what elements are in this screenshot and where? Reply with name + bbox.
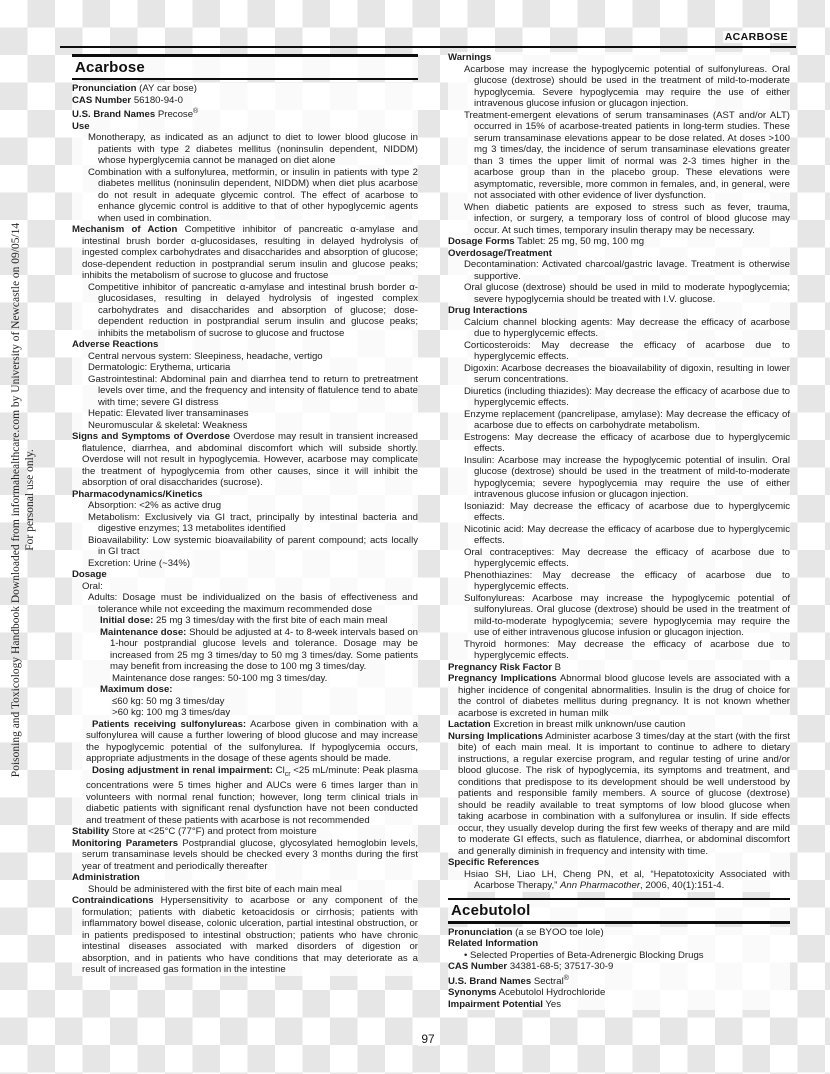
text-run: Acarbose may increase the hypoglycemic p… — [464, 64, 790, 110]
paragraph: U.S. Brand Names Precose® — [72, 106, 418, 121]
paragraph: Stability Store at <25°C (77°F) and prot… — [72, 826, 418, 838]
section-heading: Use — [72, 121, 418, 133]
bold-lead: Nursing Implications — [448, 731, 543, 742]
italic-run: Ann Pharmacother — [560, 880, 640, 891]
left-column: Acarbose Pronunciation (AY car bose)CAS … — [72, 52, 418, 1010]
bold-lead: Pregnancy Risk Factor — [448, 662, 552, 673]
text-run: Overdosage/Treatment — [448, 248, 552, 259]
paragraph: Synonyms Acebutolol Hydrochloride — [448, 987, 790, 999]
right-column: WarningsAcarbose may increase the hypogl… — [448, 52, 790, 1010]
paragraph: CAS Number 56180-94-0 — [72, 95, 418, 107]
paragraph: Maintenance dose: Should be adjusted at … — [72, 627, 418, 673]
text-run: Store at <25°C (77°F) and protect from m… — [109, 826, 316, 837]
bold-lead: Maintenance dose: — [100, 627, 186, 638]
bold-lead: Patients receiving sulfonylureas: — [92, 719, 246, 730]
paragraph: Treatment-emergent elevations of serum t… — [448, 110, 790, 202]
two-column-layout: Acarbose Pronunciation (AY car bose)CAS … — [60, 48, 796, 1010]
text-run: Use — [72, 121, 90, 132]
text-run: Tablet: 25 mg, 50 mg, 100 mg — [515, 236, 644, 247]
text-run: Decontamination: Activated charcoal/gast… — [464, 259, 790, 282]
running-header-title: ACARBOSE — [723, 31, 790, 43]
text-run: Related Information — [448, 938, 538, 949]
text-run: Nicotinic acid: May decrease the efficac… — [464, 524, 790, 547]
text-run: Competitive inhibitor of pancreatic α-am… — [88, 282, 418, 339]
paragraph: Monotherapy, as indicated as an adjunct … — [72, 132, 418, 167]
text-run: Adults: Dosage must be individualized on… — [88, 592, 418, 615]
text-run: Adverse Reactions — [72, 339, 158, 350]
paragraph: U.S. Brand Names Sectral® — [448, 973, 790, 988]
text-run: Pharmacodynamics/Kinetics — [72, 489, 203, 500]
paragraph: Signs and Symptoms of Overdose Overdose … — [72, 431, 418, 489]
text-run: Yes — [543, 999, 561, 1010]
paragraph: Neuromuscular & skeletal: Weakness — [72, 420, 418, 432]
bold-lead: Lactation — [448, 719, 491, 730]
text-run: ≤60 kg: 50 mg 3 times/day — [112, 696, 224, 707]
paragraph: Dosing adjustment in renal impairment: C… — [72, 765, 418, 826]
bold-lead: Synonyms — [448, 987, 497, 998]
section-heading: Specific References — [448, 857, 790, 869]
text-run: Cl — [273, 765, 285, 776]
bold-lead: Impairment Potential — [448, 999, 543, 1010]
paragraph: >60 kg: 100 mg 3 times/day — [72, 707, 418, 719]
text-run: Dosage — [72, 569, 107, 580]
text-run: Phenothiazines: May decrease the efficac… — [464, 570, 790, 593]
drug-title-block-acarbose: Acarbose — [72, 54, 418, 80]
paragraph: Metabolism: Exclusively via GI tract, pr… — [72, 512, 418, 535]
text-run: >60 kg: 100 mg 3 times/day — [112, 707, 230, 718]
bold-lead: Initial dose: — [100, 615, 153, 626]
paragraph: Initial dose: 25 mg 3 times/day with the… — [72, 615, 418, 627]
text-run: Dermatologic: Erythema, urticaria — [88, 362, 230, 373]
paragraph: Hsiao SH, Liao LH, Cheng PN, et al, “Hep… — [448, 869, 790, 892]
section-heading: Related Information — [448, 938, 790, 950]
text-run: (a se BYOO toe lole) — [513, 927, 604, 938]
superscript: ® — [193, 108, 198, 115]
bold-lead: Pregnancy Implications — [448, 673, 557, 684]
paragraph: Decontamination: Activated charcoal/gast… — [448, 259, 790, 282]
paragraph: Oral glucose (dextrose) should be used i… — [448, 282, 790, 305]
paragraph: Excretion: Urine (~34%) — [72, 558, 418, 570]
text-run: Sulfonylureas: Acarbose may increase the… — [464, 593, 790, 639]
paragraph: Diuretics (including thiazides): May dec… — [448, 386, 790, 409]
text-run: Warnings — [448, 52, 491, 63]
bold-lead: CAS Number — [72, 95, 131, 106]
bold-lead: Dosing adjustment in renal impairment: — [92, 765, 273, 776]
paragraph: Pregnancy Implications Abnormal blood gl… — [448, 673, 790, 719]
text-run: Precose — [158, 109, 193, 120]
text-run: Combination with a sulfonylurea, metform… — [88, 167, 418, 224]
text-run: Oral contraceptives: May decrease the ef… — [464, 547, 790, 570]
text-run: Acebutolol Hydrochloride — [497, 987, 606, 998]
text-run: 34381-68-5; 37517-30-9 — [507, 961, 613, 972]
paragraph: Competitive inhibitor of pancreatic α-am… — [72, 282, 418, 340]
title-rule-top — [72, 54, 418, 57]
bold-lead: Contraindications — [72, 895, 154, 906]
paragraph: Monitoring Parameters Postprandial gluco… — [72, 838, 418, 873]
paragraph: Calcium channel blocking agents: May dec… — [448, 317, 790, 340]
text-run: B — [552, 662, 561, 673]
text-run: Monotherapy, as indicated as an adjunct … — [88, 132, 418, 166]
watermark-line1: Poisoning and Toxicology Handbook Downlo… — [9, 223, 23, 777]
title-rule-bottom — [448, 921, 790, 924]
section-heading: Drug Interactions — [448, 305, 790, 317]
text-run: Neuromuscular & skeletal: Weakness — [88, 420, 247, 431]
title-rule-bottom — [72, 78, 418, 81]
text-run: Calcium channel blocking agents: May dec… — [464, 317, 790, 340]
sidebar-watermark: Poisoning and Toxicology Handbook Downlo… — [9, 223, 37, 777]
bold-lead: U.S. Brand Names — [72, 109, 158, 120]
text-run: , 2006, 40(1):151-4. — [640, 880, 724, 891]
paragraph: When diabetic patients are exposed to st… — [448, 202, 790, 237]
section-heading: Administration — [72, 872, 418, 884]
text-run: Absorption: <2% as active drug — [88, 500, 221, 511]
paragraph: Combination with a sulfonylurea, metform… — [72, 167, 418, 225]
paragraph: Should be administered with the first bi… — [72, 884, 418, 896]
paragraph: Nicotinic acid: May decrease the efficac… — [448, 524, 790, 547]
bold-lead: CAS Number — [448, 961, 507, 972]
bold-lead: Mechanism of Action — [72, 224, 177, 235]
paragraph: Mechanism of Action Competitive inhibito… — [72, 224, 418, 282]
section-heading: Overdosage/Treatment — [448, 248, 790, 260]
paragraph: Insulin: Acarbose may increase the hypog… — [448, 455, 790, 501]
text-run: Hypersensitivity to acarbose or any comp… — [82, 895, 418, 975]
running-header: ACARBOSE — [60, 0, 796, 46]
bold-lead: Dosage Forms — [448, 236, 515, 247]
bold-lead: Monitoring Parameters — [72, 838, 178, 849]
watermark-line2: For personal use only. — [23, 223, 37, 777]
text-run: Insulin: Acarbose may increase the hypog… — [464, 455, 790, 501]
text-run: Should be administered with the first bi… — [88, 884, 342, 895]
text-run: Excretion in breast milk unknown/use cau… — [491, 719, 686, 730]
text-run: 25 mg 3 times/day with the first bite of… — [153, 615, 387, 626]
paragraph: Oral contraceptives: May decrease the ef… — [448, 547, 790, 570]
paragraph: Acarbose may increase the hypoglycemic p… — [448, 64, 790, 110]
document-page: ACARBOSE Acarbose Pronunciation (AY car … — [60, 0, 796, 1074]
text-run: Drug Interactions — [448, 305, 527, 316]
paragraph: Dermatologic: Erythema, urticaria — [72, 362, 418, 374]
text-run: • Selected Properties of Beta-Adrenergic… — [464, 950, 704, 961]
bold-lead: Stability — [72, 826, 109, 837]
text-run: Maintenance dose ranges: 50-100 mg 3 tim… — [112, 673, 327, 684]
text-run: Isoniazid: May decrease the efficacy of … — [464, 501, 790, 524]
superscript: ® — [564, 975, 569, 982]
bold-lead: Pronunciation — [448, 927, 513, 938]
paragraph: Patients receiving sulfonylureas: Acarbo… — [72, 719, 418, 765]
text-run: Metabolism: Exclusively via GI tract, pr… — [88, 512, 418, 535]
text-run: Corticosteroids: May decrease the effica… — [464, 340, 790, 363]
paragraph: Estrogens: May decrease the efficacy of … — [448, 432, 790, 455]
paragraph: Central nervous system: Sleepiness, head… — [72, 351, 418, 363]
paragraph: Enzyme replacement (pancrelipase, amylas… — [448, 409, 790, 432]
text-run: Gastrointestinal: Abdominal pain and dia… — [88, 374, 418, 408]
text-run: Enzyme replacement (pancrelipase, amylas… — [464, 409, 790, 432]
paragraph: Corticosteroids: May decrease the effica… — [448, 340, 790, 363]
paragraph: Dosage Forms Tablet: 25 mg, 50 mg, 100 m… — [448, 236, 790, 248]
drug-title-acarbose: Acarbose — [72, 59, 418, 76]
paragraph: Digoxin: Acarbose decreases the bioavail… — [448, 363, 790, 386]
bold-lead: Signs and Symptoms of Overdose — [72, 431, 230, 442]
paragraph: • Selected Properties of Beta-Adrenergic… — [448, 950, 790, 962]
paragraph: Nursing Implications Administer acarbose… — [448, 731, 790, 858]
text-run: Digoxin: Acarbose decreases the bioavail… — [464, 363, 790, 386]
section-heading: Maximum dose: — [72, 684, 418, 696]
paragraph: Sulfonylureas: Acarbose may increase the… — [448, 593, 790, 639]
paragraph: Absorption: <2% as active drug — [72, 500, 418, 512]
paragraph: Lactation Excretion in breast milk unkno… — [448, 719, 790, 731]
paragraph: Pronunciation (a se BYOO toe lole) — [448, 927, 790, 939]
paragraph: Maintenance dose ranges: 50-100 mg 3 tim… — [72, 673, 418, 685]
text-run: 56180-94-0 — [131, 95, 183, 106]
text-run: (AY car bose) — [137, 83, 197, 94]
acebutolol-monograph: Pronunciation (a se BYOO toe lole)Relate… — [448, 927, 790, 1011]
paragraph: Gastrointestinal: Abdominal pain and dia… — [72, 374, 418, 409]
bold-lead: Pronunciation — [72, 83, 137, 94]
title-rule-top — [448, 898, 790, 901]
paragraph: Phenothiazines: May decrease the efficac… — [448, 570, 790, 593]
paragraph: CAS Number 34381-68-5; 37517-30-9 — [448, 961, 790, 973]
acarbose-monograph-right: WarningsAcarbose may increase the hypogl… — [448, 52, 790, 892]
text-run: Hepatic: Elevated liver transaminases — [88, 408, 249, 419]
drug-title-acebutolol: Acebutolol — [448, 902, 790, 919]
bold-lead: U.S. Brand Names — [448, 976, 534, 987]
paragraph: Bioavailability: Low systemic bioavailab… — [72, 535, 418, 558]
drug-title-block-acebutolol: Acebutolol — [448, 898, 790, 924]
paragraph: ≤60 kg: 50 mg 3 times/day — [72, 696, 418, 708]
paragraph: Hepatic: Elevated liver transaminases — [72, 408, 418, 420]
paragraph: Contraindications Hypersensitivity to ac… — [72, 895, 418, 976]
paragraph: Impairment Potential Yes — [448, 999, 790, 1011]
text-run: When diabetic patients are exposed to st… — [464, 202, 790, 236]
text-run: Specific References — [448, 857, 539, 868]
paragraph: Isoniazid: May decrease the efficacy of … — [448, 501, 790, 524]
section-heading: Adverse Reactions — [72, 339, 418, 351]
text-run: Diuretics (including thiazides): May dec… — [464, 386, 790, 409]
section-heading: Warnings — [448, 52, 790, 64]
text-run: Administration — [72, 872, 140, 883]
text-run: Oral glucose (dextrose) should be used i… — [464, 282, 790, 305]
acarbose-monograph-left: Pronunciation (AY car bose)CAS Number 56… — [72, 83, 418, 976]
paragraph: Pregnancy Risk Factor B — [448, 662, 790, 674]
text-run: Sectral — [534, 976, 564, 987]
text-run: Thyroid hormones: May decrease the effic… — [464, 639, 790, 662]
page-number: 97 — [60, 1032, 796, 1046]
section-heading: Pharmacodynamics/Kinetics — [72, 489, 418, 501]
text-run: Bioavailability: Low systemic bioavailab… — [88, 535, 418, 558]
section-heading: Dosage — [72, 569, 418, 581]
paragraph: Pronunciation (AY car bose) — [72, 83, 418, 95]
text-run: Oral: — [82, 581, 103, 592]
page-number-value: 97 — [418, 1032, 437, 1046]
text-run: Administer acarbose 3 times/day at the s… — [458, 731, 790, 857]
paragraph: Adults: Dosage must be individualized on… — [72, 592, 418, 615]
text-run: Central nervous system: Sleepiness, head… — [88, 351, 323, 362]
paragraph: Thyroid hormones: May decrease the effic… — [448, 639, 790, 662]
text-run: Maximum dose: — [100, 684, 173, 695]
text-run: Treatment-emergent elevations of serum t… — [464, 110, 790, 202]
text-run: Excretion: Urine (~34%) — [88, 558, 190, 569]
text-run: Estrogens: May decrease the efficacy of … — [464, 432, 790, 455]
paragraph: Oral: — [72, 581, 418, 593]
